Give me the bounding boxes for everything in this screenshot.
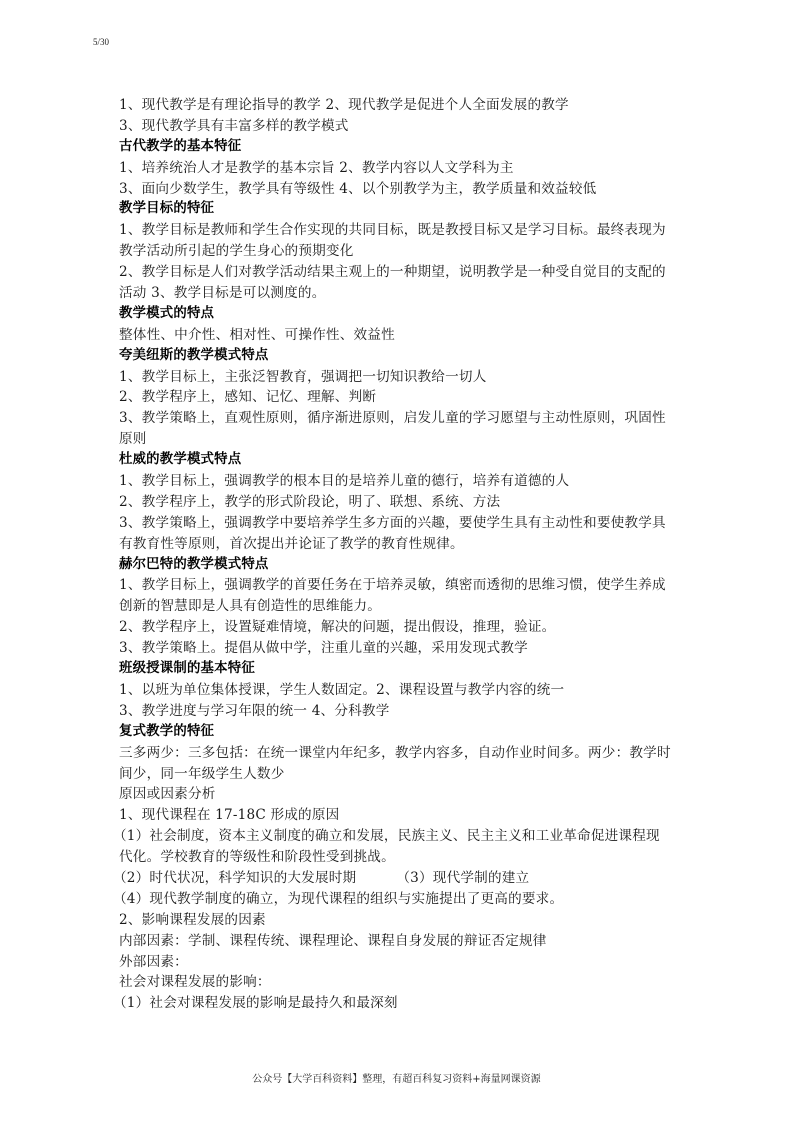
text-line: 3、教学策略上。提倡从做中学，注重儿童的兴趣，采用发现式教学 (119, 638, 677, 659)
text-line: 1、培养统治人才是教学的基本宗旨 2、教学内容以人文学科为主 (119, 158, 677, 179)
page-footer: 公众号【大学百科资料】整理，有超百科复习资料+海量网课资源 (0, 1070, 793, 1085)
text-segment: （3）现代学制的建立 (396, 870, 529, 886)
text-line: 1、以班为单位集体授课，学生人数固定。2、课程设置与教学内容的统一 (119, 680, 677, 701)
section-heading: 教学目标的特征 (119, 199, 677, 220)
section-heading: 班级授课制的基本特征 (119, 659, 677, 680)
text-line: 三多两少：三多包括：在统一课堂内年纪多，教学内容多，自动作业时间多。两少：教学时 (119, 743, 677, 764)
text-line: 1、现代教学是有理论指导的教学 2、现代教学是促进个人全面发展的教学 (119, 95, 677, 116)
section-heading: 复式教学的特征 (119, 722, 677, 743)
text-line: 2、教学程序上，感知、记忆、理解、判断 (119, 387, 677, 408)
text-line: 1、教学目标上，强调教学的首要任务在于培养灵敏，缜密而透彻的思维习惯，使学生养成 (119, 575, 677, 596)
text-line: （2）时代状况，科学知识的大发展时期（3）现代学制的建立 (113, 868, 677, 889)
text-line: 代化。学校教育的等级性和阶段性受到挑战。 (119, 847, 677, 868)
text-line: 2、影响课程发展的因素 (119, 910, 677, 931)
text-line: 3、教学策略上，强调教学中要培养学生多方面的兴趣，要使学生具有主动性和要使教学具 (119, 513, 677, 534)
text-line: 3、现代教学具有丰富多样的教学模式 (119, 116, 677, 137)
text-line: 内部因素：学制、课程传统、课程理论、课程自身发展的辩证否定规律 (119, 931, 677, 952)
text-line: 2、教学程序上，教学的形式阶段论，明了、联想、系统、方法 (119, 492, 677, 513)
text-line: 3、教学策略上，直观性原则，循序渐进原则，启发儿童的学习愿望与主动性原则，巩固性 (119, 408, 677, 429)
text-line: 原则 (119, 429, 677, 450)
text-line: 活动 3、教学目标是可以测度的。 (119, 283, 677, 304)
text-line: 2、教学程序上，设置疑难情境，解决的问题，提出假设，推理，验证。 (119, 617, 677, 638)
document-body: 1、现代教学是有理论指导的教学 2、现代教学是促进个人全面发展的教学 3、现代教… (119, 95, 677, 1014)
text-line: 原因或因素分析 (119, 784, 677, 805)
text-line: 1、教学目标上，主张泛智教育，强调把一切知识教给一切人 (119, 367, 677, 388)
text-segment: （2）时代状况，科学知识的大发展时期 (113, 870, 356, 886)
text-line: 整体性、中介性、相对性、可操作性、效益性 (119, 325, 677, 346)
page-number: 5/30 (93, 37, 109, 47)
text-line: 社会对课程发展的影响： (119, 972, 677, 993)
section-heading: 古代教学的基本特征 (119, 137, 677, 158)
text-line: 1、现代课程在 17-18C 形成的原因 (119, 805, 677, 826)
text-line: 外部因素： (119, 952, 677, 973)
text-line: 教学活动所引起的学生身心的预期变化 (119, 241, 677, 262)
text-line: 3、面向少数学生，教学具有等级性 4、以个别教学为主，教学质量和效益较低 (119, 179, 677, 200)
text-line: 3、教学进度与学习年限的统一 4、分科教学 (119, 701, 677, 722)
text-line: 创新的智慧即是人具有创造性的思维能力。 (119, 596, 677, 617)
text-line: （1）社会对课程发展的影响是最持久和最深刻 (113, 993, 677, 1014)
text-line: 2、教学目标是人们对教学活动结果主观上的一种期望，说明教学是一种受自觉目的支配的 (119, 262, 677, 283)
text-line: 1、教学目标是教师和学生合作实现的共同目标，既是教授目标又是学习目标。最终表现为 (119, 220, 677, 241)
section-heading: 夸美纽斯的教学模式特点 (119, 346, 677, 367)
section-heading: 赫尔巴特的教学模式特点 (119, 555, 677, 576)
text-line: （1）社会制度，资本主义制度的确立和发展，民族主义、民主主义和工业革命促进课程现 (113, 826, 677, 847)
section-heading: 杜威的教学模式特点 (119, 450, 677, 471)
text-line: （4）现代教学制度的确立，为现代课程的组织与实施提出了更高的要求。 (113, 889, 677, 910)
text-line: 1、教学目标上，强调教学的根本目的是培养儿童的德行，培养有道德的人 (119, 471, 677, 492)
text-line: 间少，同一年级学生人数少 (119, 764, 677, 785)
section-heading: 教学模式的特点 (119, 304, 677, 325)
text-line: 有教育性等原则，首次提出并论证了教学的教育性规律。 (119, 534, 677, 555)
